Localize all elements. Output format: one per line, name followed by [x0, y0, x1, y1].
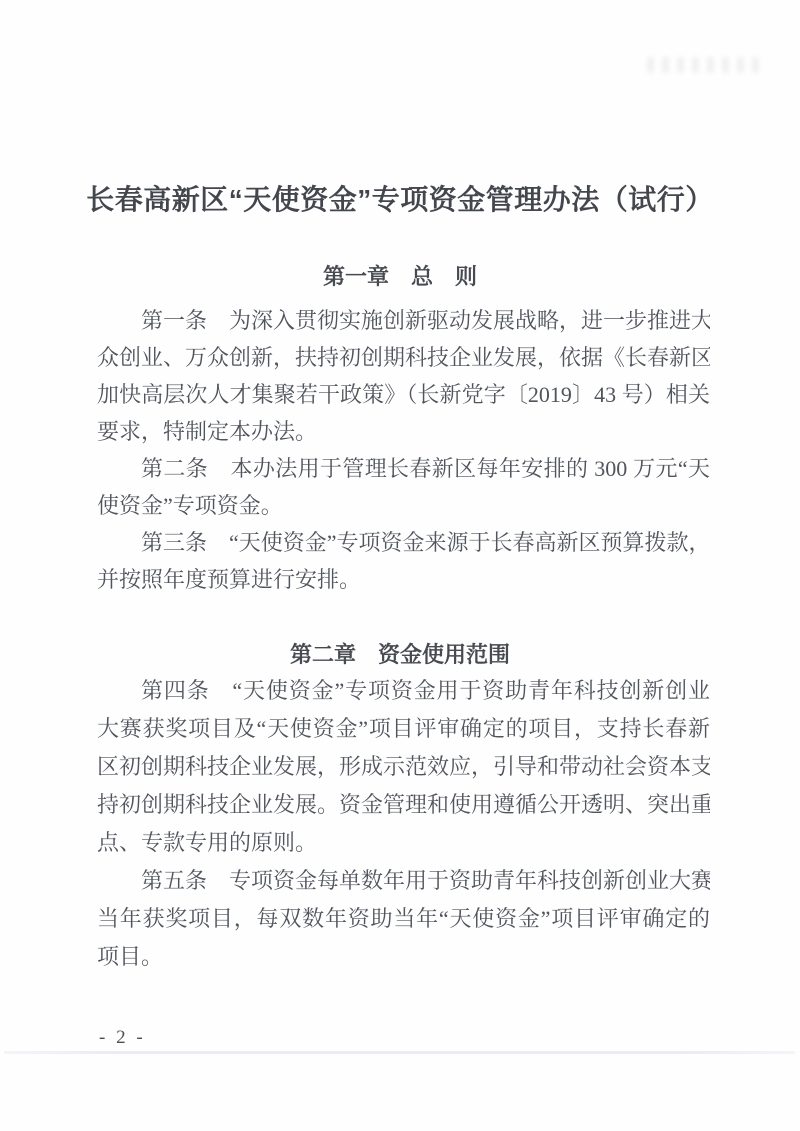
scanned-document-page: 长春高新区“天使资金”专项资金管理办法（试行） 第一章 总 则 第一条 为深入贯… [0, 0, 800, 1131]
paragraph-article-4: 第四条 “天使资金”专项资金用于资助青年科技创新创业大赛获奖项目及“天使资金”项… [97, 672, 710, 862]
chapter-2-body: 第四条 “天使资金”专项资金用于资助青年科技创新创业大赛获奖项目及“天使资金”项… [97, 672, 710, 976]
paragraph-article-3: 第三条 “天使资金”专项资金来源于长春高新区预算拨款，并按照年度预算进行安排。 [97, 524, 710, 598]
chapter-1-body: 第一条 为深入贯彻实施创新驱动发展战略，进一步推进大众创业、万众创新，扶持初创期… [97, 302, 710, 598]
ink-bleed-artifact [647, 57, 759, 73]
chapter-2-heading: 第二章 资金使用范围 [0, 642, 800, 668]
chapter-1-heading: 第一章 总 则 [0, 264, 800, 290]
paragraph-article-5: 第五条 专项资金每单数年用于资助青年科技创新创业大赛当年获奖项目，每双数年资助当… [97, 862, 710, 976]
document-title: 长春高新区“天使资金”专项资金管理办法（试行） [0, 182, 800, 218]
page-number: - 2 - [99, 1026, 146, 1050]
paragraph-article-1: 第一条 为深入贯彻实施创新驱动发展战略，进一步推进大众创业、万众创新，扶持初创期… [97, 302, 710, 450]
scan-shadow-line [4, 1051, 795, 1054]
paragraph-article-2: 第二条 本办法用于管理长春新区每年安排的 300 万元“天使资金”专项资金。 [97, 450, 710, 524]
